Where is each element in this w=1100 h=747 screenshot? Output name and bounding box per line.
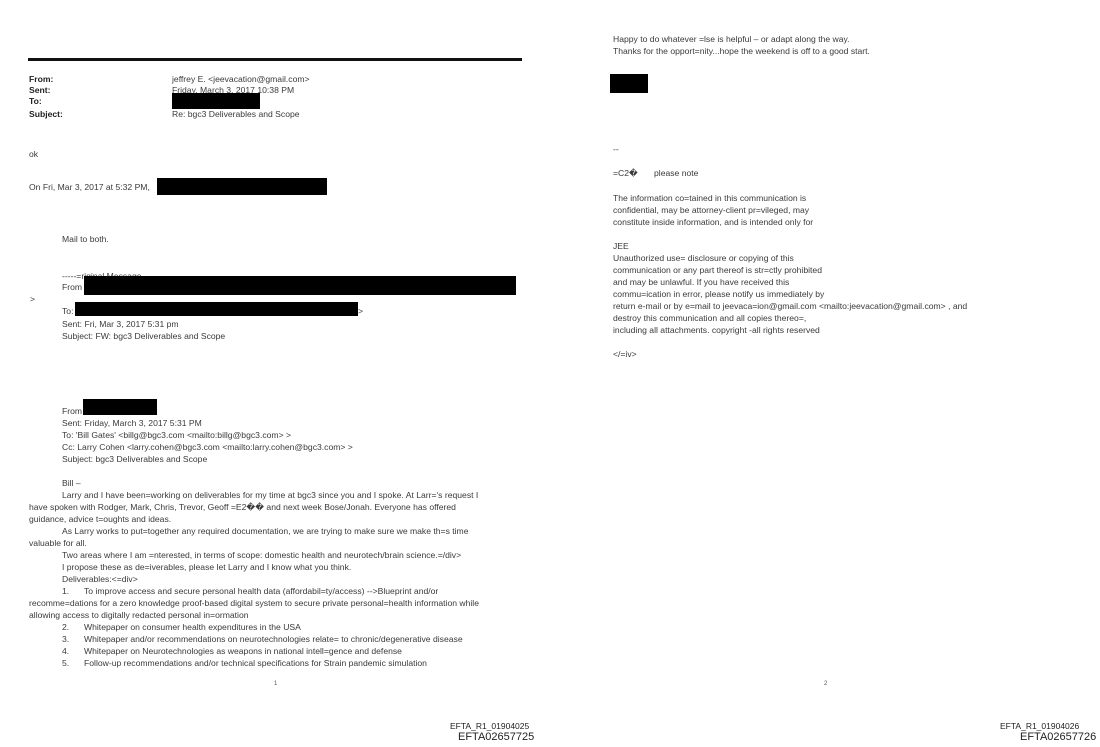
- closing-line-2: Thanks for the opport=nity...hope the we…: [613, 46, 870, 57]
- para2-line1: As Larry works to put=together any requi…: [62, 526, 469, 537]
- subject-value: Re: bgc3 Deliverables and Scope: [172, 109, 300, 120]
- disclaimer2-line-7: including all attachments. copyright -al…: [613, 325, 820, 336]
- fwd-subject: Subject: bgc3 Deliverables and Scope: [62, 454, 207, 465]
- item-3-num: 3.: [62, 634, 69, 645]
- orig-subject: Subject: FW: bgc3 Deliverables and Scope: [62, 331, 225, 342]
- reply-body: ok: [29, 149, 38, 160]
- redaction-orig-from: [84, 276, 516, 295]
- item-1-line1: To improve access and secure personal he…: [84, 586, 438, 597]
- to-label: To:: [29, 96, 42, 107]
- bates-r1-page-1: EFTA_R1_01904025: [450, 721, 529, 731]
- bates-r1-page-2: EFTA_R1_01904026: [1000, 721, 1079, 731]
- orig-to-tail: >: [358, 306, 363, 317]
- item-4-num: 4.: [62, 646, 69, 657]
- redaction-signature: [610, 74, 648, 93]
- redaction-to: [172, 93, 260, 109]
- deliverables-label: Deliverables:<=div>: [62, 574, 138, 585]
- orig-from-label: From: [62, 282, 82, 293]
- signature-dashes: --: [613, 144, 619, 155]
- disclaimer-line-3: constitute inside information, and is in…: [613, 217, 813, 228]
- sent-label: Sent:: [29, 85, 50, 96]
- stray-gt: >: [30, 294, 35, 305]
- item-1-line2: recomme=dations for a zero knowledge pro…: [29, 598, 479, 609]
- disclaimer-line-1: The information co=tained in this commun…: [613, 193, 806, 204]
- item-4-text: Whitepaper on Neurotechnologies as weapo…: [84, 646, 402, 657]
- disclaimer2-line-2: communication or any part thereof is str…: [613, 265, 822, 276]
- redaction-fwd-from: [83, 399, 157, 415]
- document-page-2: Happy to do whatever =lse is helpful – o…: [550, 0, 1100, 747]
- orig-to-label: To:: [62, 306, 73, 317]
- para4: I propose these as de=iverables, please …: [62, 562, 351, 573]
- closing-line-1: Happy to do whatever =lse is helpful – o…: [613, 34, 850, 45]
- note-text: please note: [654, 168, 698, 179]
- item-5-num: 5.: [62, 658, 69, 669]
- closing-div-tag: </=iv>: [613, 349, 637, 360]
- document-page-1: From: jeffrey E. <jeevacation@gmail.com>…: [0, 0, 550, 747]
- item-2-num: 2.: [62, 622, 69, 633]
- fwd-cc: Cc: Larry Cohen <larry.cohen@bgc3.com <m…: [62, 442, 353, 453]
- disclaimer2-line-6: destroy this communication and all copie…: [613, 313, 806, 324]
- disclaimer2-line-5: return e-mail or by e=mail to jeevaca=io…: [613, 301, 967, 312]
- fwd-sent: Sent: Friday, March 3, 2017 5:31 PM: [62, 418, 202, 429]
- jee-label: JEE: [613, 241, 629, 252]
- bates-page-1: EFTA02657725: [458, 731, 534, 743]
- redaction-quote-sender: [157, 178, 327, 195]
- item-3-text: Whitepaper and/or recommendations on neu…: [84, 634, 463, 645]
- para3: Two areas where I am =nterested, in term…: [62, 550, 461, 561]
- item-5-text: Follow-up recommendations and/or technic…: [84, 658, 427, 669]
- para1-line3: guidance, advice t=oughts and ideas.: [29, 514, 171, 525]
- page-number-1: 1: [274, 681, 277, 687]
- item-1-line3: allowing access to digitally redacted pe…: [29, 610, 249, 621]
- disclaimer2-line-3: and may be unlawful. If you have receive…: [613, 277, 789, 288]
- quote-intro: On Fri, Mar 3, 2017 at 5:32 PM,: [29, 182, 150, 193]
- disclaimer-line-2: confidential, may be attorney-client pr=…: [613, 205, 809, 216]
- item-1-num: 1.: [62, 586, 69, 597]
- note-prefix: =C2�: [613, 168, 638, 179]
- redaction-orig-to: [75, 302, 358, 316]
- para2-line2: valuable for all.: [29, 538, 87, 549]
- fwd-to: To: 'Bill Gates' <billg@bgc3.com <mailto…: [62, 430, 291, 441]
- para1-line1: Larry and I have been=working on deliver…: [62, 490, 478, 501]
- header-rule: [28, 58, 522, 61]
- mail-to-both: Mail to both.: [62, 234, 109, 245]
- subject-label: Subject:: [29, 109, 63, 120]
- from-label: From:: [29, 74, 53, 85]
- orig-sent: Sent: Fri, Mar 3, 2017 5:31 pm: [62, 319, 179, 330]
- fwd-from-label: From: [62, 406, 82, 417]
- from-value: jeffrey E. <jeevacation@gmail.com>: [172, 74, 310, 85]
- bates-page-2: EFTA02657726: [1020, 731, 1096, 743]
- disclaimer2-line-1: Unauthorized use= disclosure or copying …: [613, 253, 794, 264]
- page-number-2: 2: [824, 681, 827, 687]
- item-2-text: Whitepaper on consumer health expenditur…: [84, 622, 301, 633]
- para1-line2: have spoken with Rodger, Mark, Chris, Tr…: [29, 502, 456, 513]
- disclaimer2-line-4: commu=ication in error, please notify us…: [613, 289, 824, 300]
- salutation: Bill –: [62, 478, 81, 489]
